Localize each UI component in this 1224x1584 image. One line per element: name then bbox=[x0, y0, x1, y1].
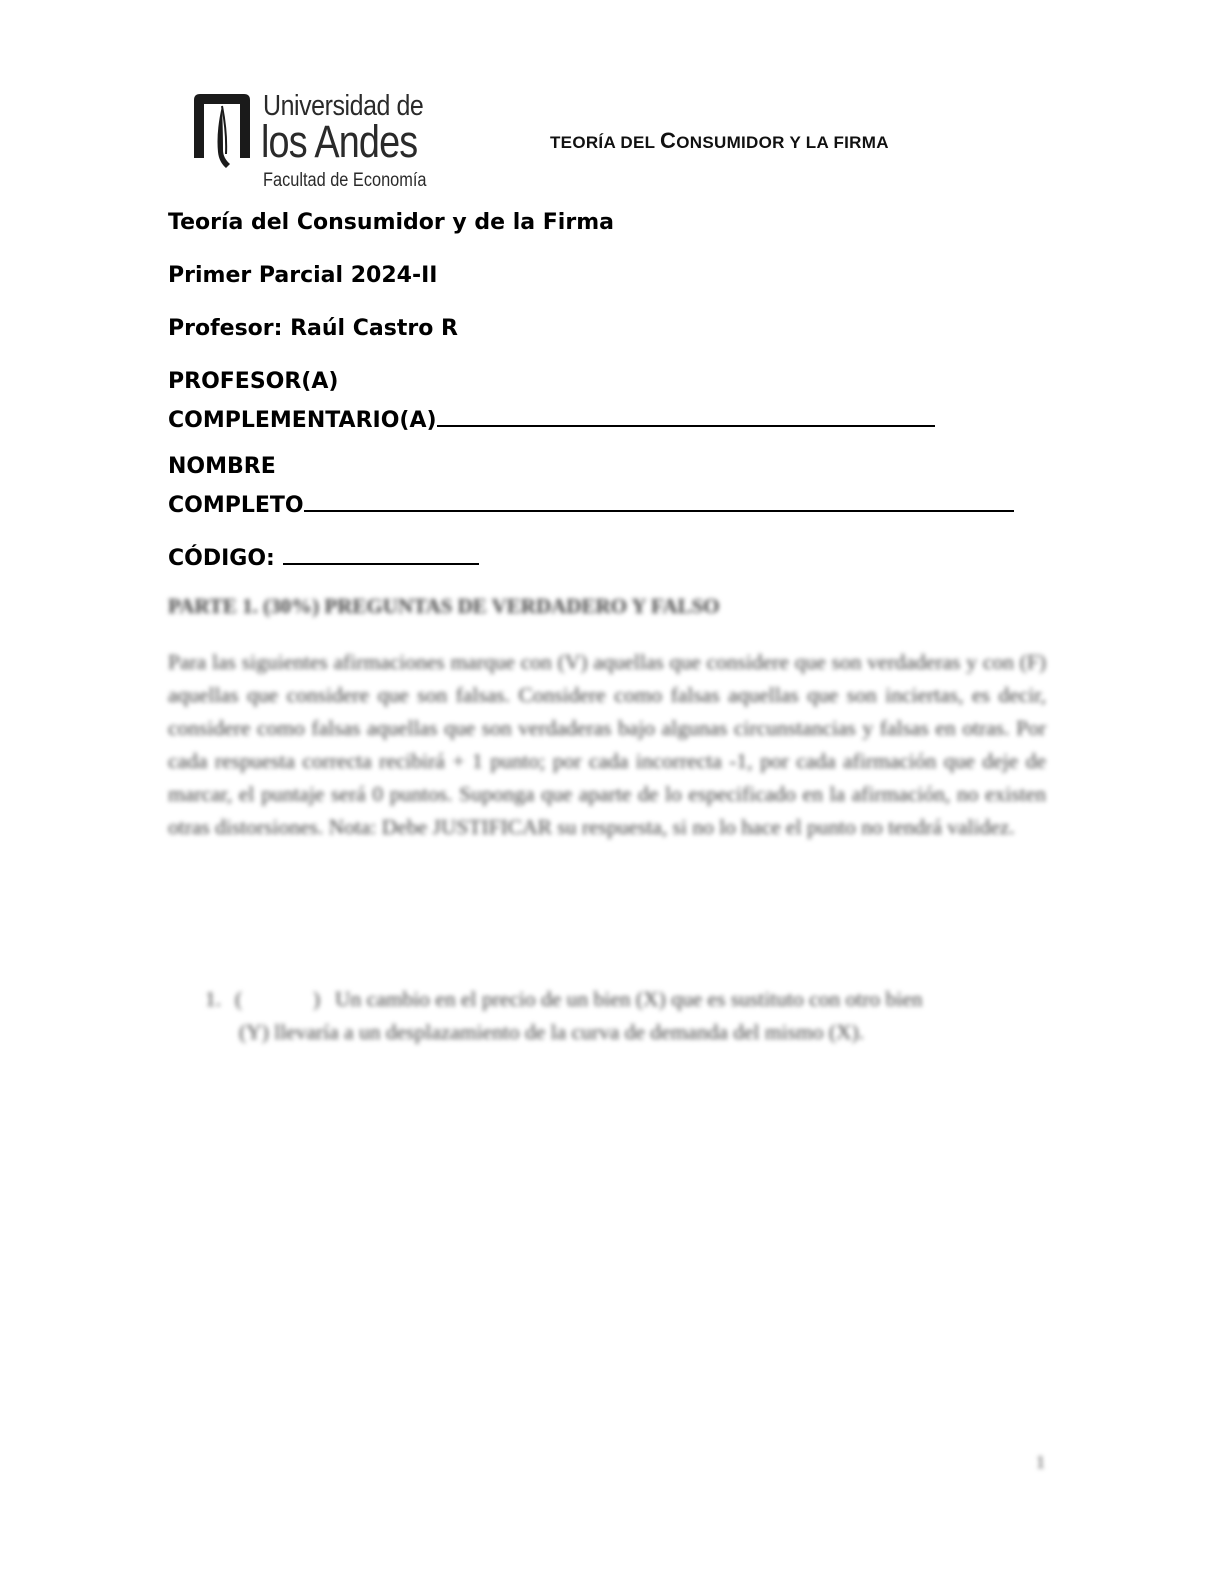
question-item: 1. ( ) Un cambio en el precio de un bien… bbox=[205, 983, 1047, 1049]
code-label: CÓDIGO: bbox=[168, 546, 283, 571]
question-text-line2: (Y) llevaría a un desplazamiento de la c… bbox=[205, 1016, 1047, 1049]
university-logo: Universidad de los Andes Facultad de Eco… bbox=[190, 90, 450, 195]
course-header-part3: ONSUMIDOR Y LA FIRMA bbox=[676, 133, 889, 152]
los-andes-shield-icon bbox=[190, 92, 254, 172]
course-title: Teoría del Consumidor y de la Firma bbox=[168, 210, 614, 235]
part1-heading: PARTE 1. (30%) PREGUNTAS DE VERDADERO Y … bbox=[168, 594, 720, 619]
answer-open-paren: ( bbox=[235, 983, 242, 1016]
name-label-line1: NOMBRE bbox=[168, 454, 276, 479]
code-blank[interactable] bbox=[283, 541, 479, 565]
exam-title: Primer Parcial 2024-II bbox=[168, 263, 437, 288]
course-header: TEORÍA DEL CONSUMIDOR Y LA FIRMA bbox=[550, 128, 889, 154]
complementary-label-line2: COMPLEMENTARIO(A) bbox=[168, 408, 437, 433]
professor-name: Profesor: Raúl Castro R bbox=[168, 316, 458, 341]
question-text-line1: Un cambio en el precio de un bien (X) qu… bbox=[205, 983, 1047, 1016]
complementary-blank[interactable] bbox=[437, 403, 935, 427]
exam-page: Universidad de los Andes Facultad de Eco… bbox=[0, 0, 1224, 1584]
name-field: COMPLETO bbox=[168, 488, 1014, 518]
course-header-part2: C bbox=[660, 128, 676, 153]
name-blank[interactable] bbox=[304, 488, 1014, 512]
complementary-field: COMPLEMENTARIO(A) bbox=[168, 403, 935, 433]
logo-line-3: Facultad de Economía bbox=[263, 170, 427, 192]
name-label-line2: COMPLETO bbox=[168, 493, 304, 518]
code-field: CÓDIGO: bbox=[168, 541, 479, 571]
logo-line-2: los Andes bbox=[261, 116, 417, 168]
part1-instructions: Para las siguientes afirmaciones marque … bbox=[168, 646, 1046, 844]
answer-close-paren: ) bbox=[313, 983, 320, 1016]
complementary-label-line1: PROFESOR(A) bbox=[168, 369, 338, 394]
course-header-part1: TEORÍA DEL bbox=[550, 133, 660, 152]
page-number: 1 bbox=[1036, 1452, 1045, 1473]
question-number: 1. bbox=[205, 983, 221, 1016]
